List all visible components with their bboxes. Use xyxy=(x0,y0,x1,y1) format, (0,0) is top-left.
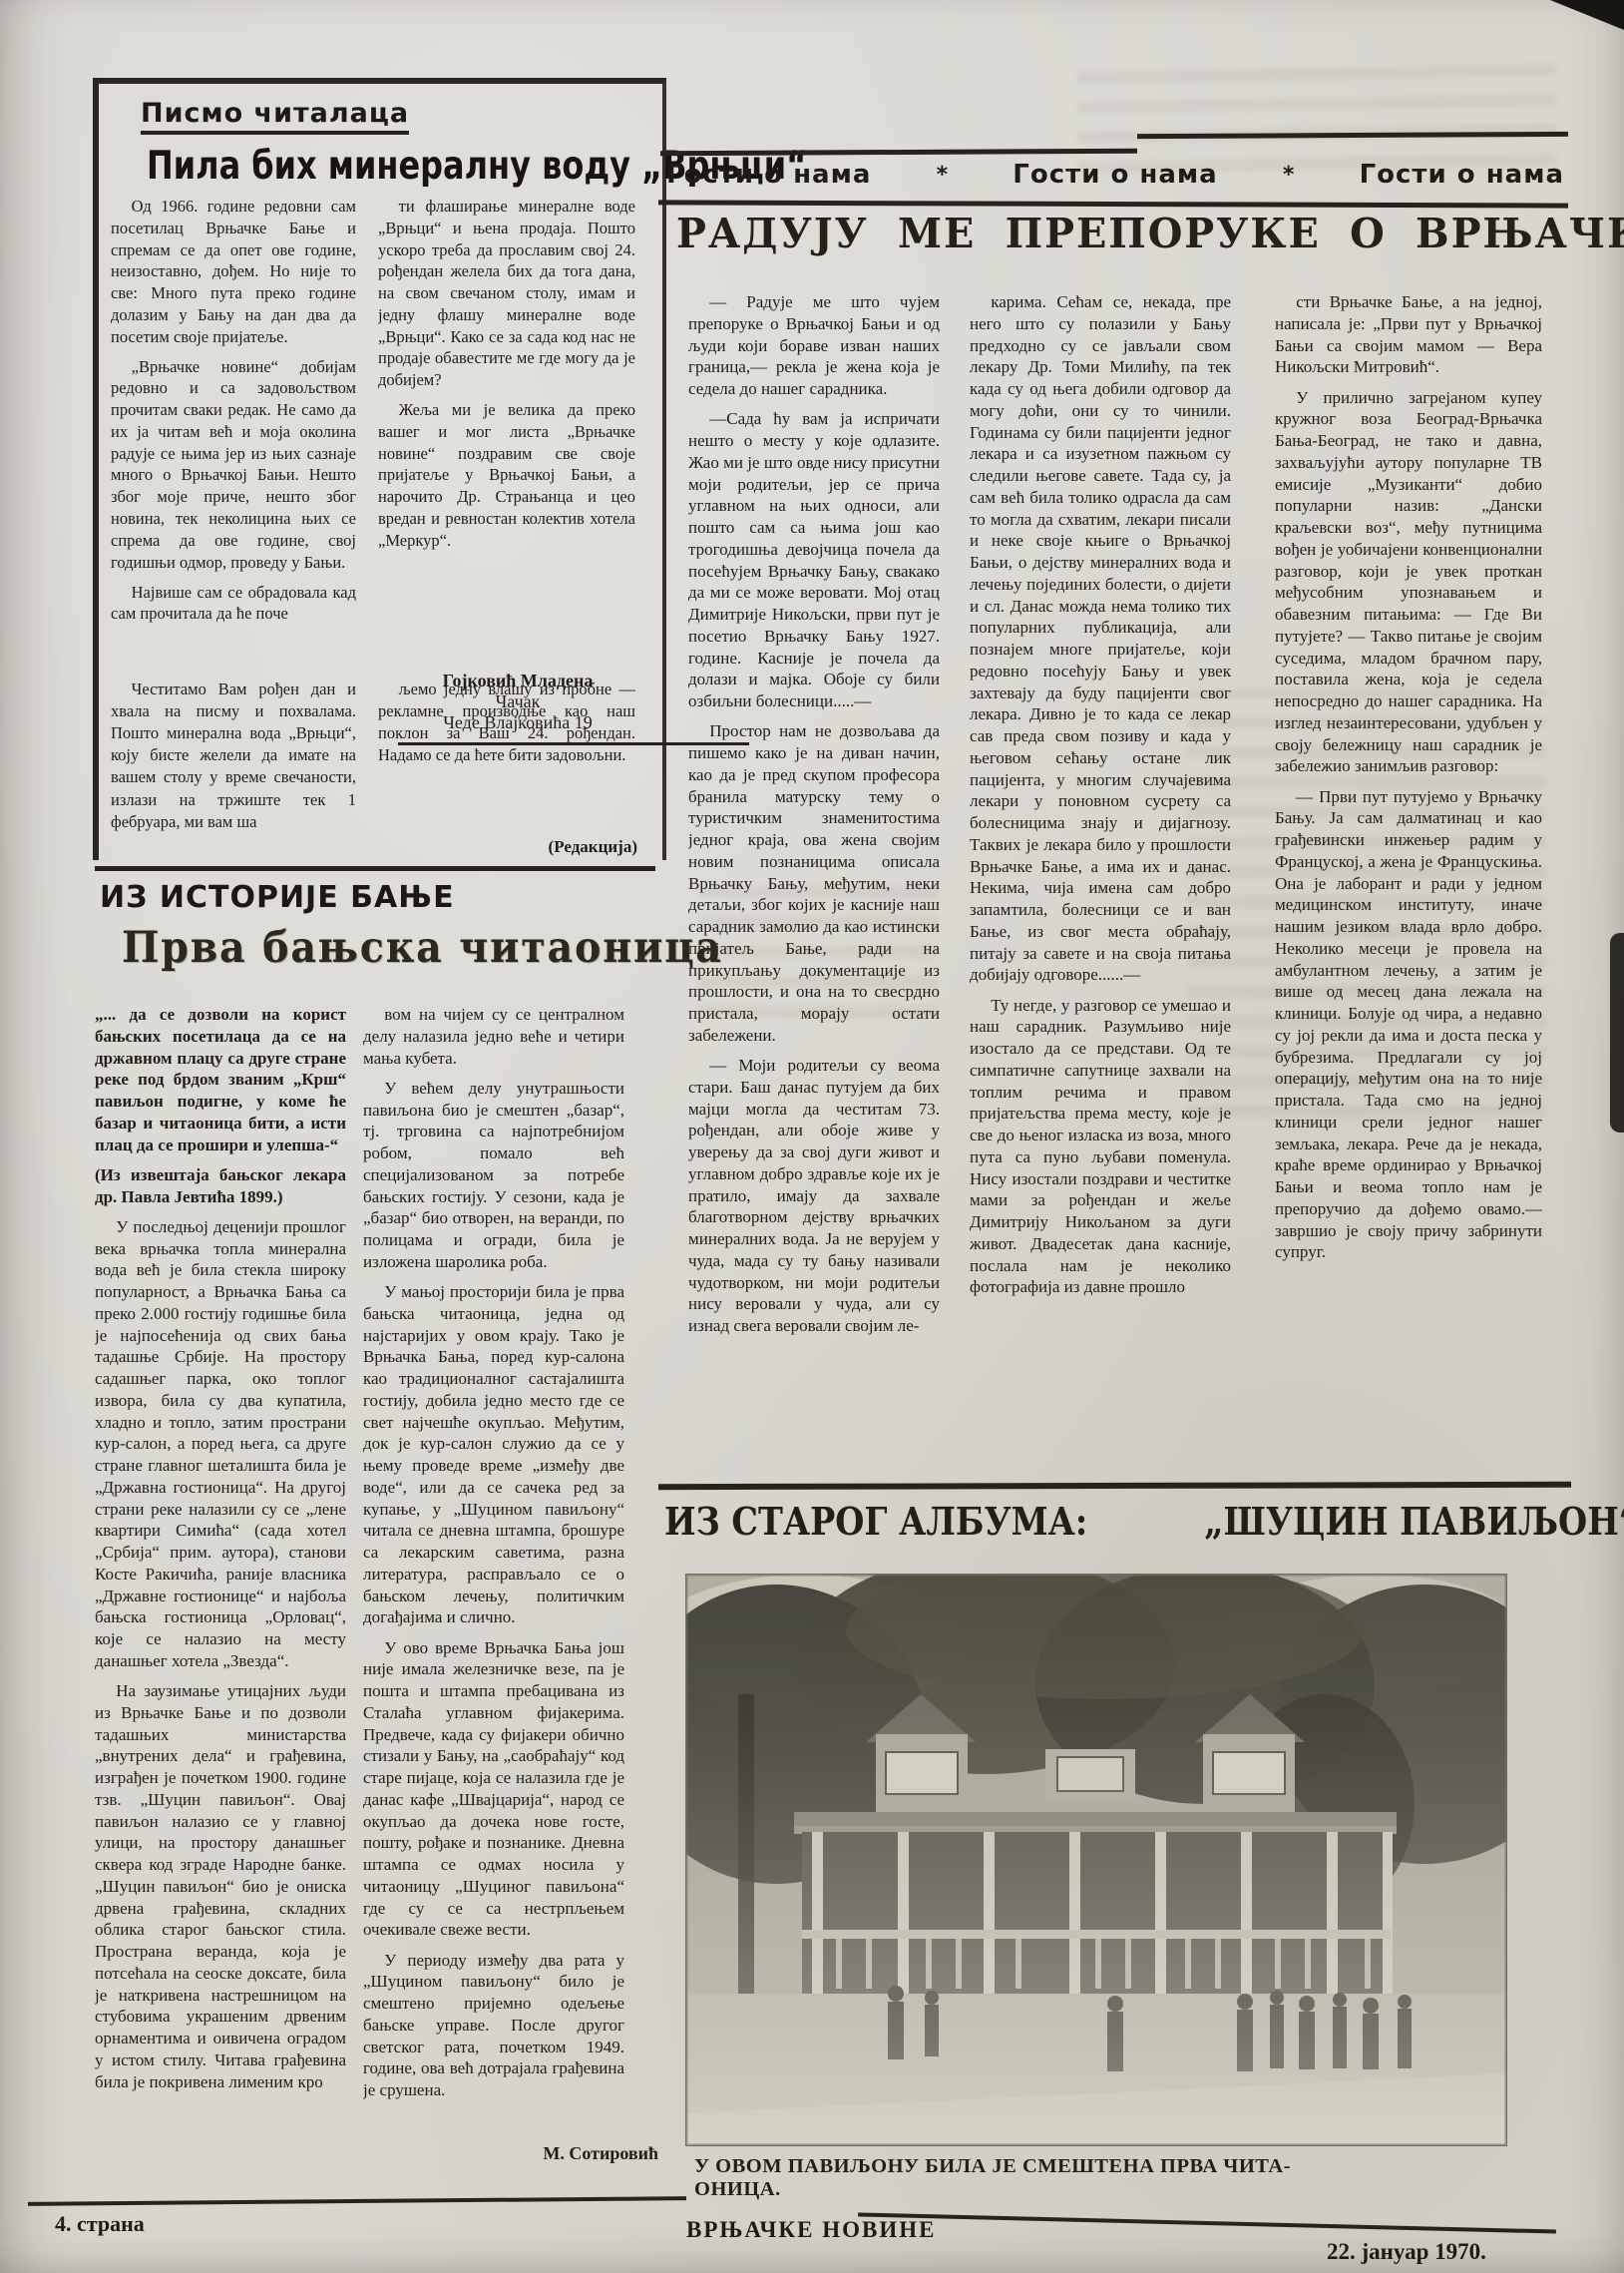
editor-reply-column-2: љемо једну влашу из пробне — рекламне пр… xyxy=(378,679,635,828)
album-headline: ИЗ СТАРОГ АЛБУМА: „ШУЦИН ПАВИЉОН“ xyxy=(664,1499,1567,1544)
section-kicker: Писмо читалаца xyxy=(141,98,409,135)
pavilion-photo xyxy=(686,1575,1506,2145)
guests-article-column-1: — Радује ме што чујем препоруке о Врњачк… xyxy=(688,291,940,1477)
banner-rule-bottom xyxy=(658,200,1568,208)
footer-rule-right xyxy=(858,2212,1556,2233)
album-headline-right: „ШУЦИН ПАВИЉОН“ xyxy=(1204,1499,1624,1544)
banner-label: Гости о нама xyxy=(1013,160,1217,190)
banner-star-icon: * xyxy=(937,163,949,188)
history-rule-top xyxy=(95,866,655,871)
history-quote: „... да се дозволи на корист бањских пос… xyxy=(95,1004,346,1207)
footer-date: 22. јануар 1970. xyxy=(1327,2239,1486,2265)
guests-article-column-3: сти Врњачке Бање, а на једној, написала … xyxy=(1275,291,1542,1477)
pavilion-photo-graphic xyxy=(686,1575,1506,2145)
scan-corner-mark xyxy=(1550,0,1624,30)
guests-banner: Гости о нама * Гости о нама * Гости о на… xyxy=(666,160,1564,190)
banner-star-icon: * xyxy=(1283,163,1295,188)
album-headline-left: ИЗ СТАРОГ АЛБУМА: xyxy=(664,1499,1087,1544)
history-article-title: Прва бањска читаоница xyxy=(122,923,723,973)
newspaper-page: Писмо читалаца Пила бих минералну воду „… xyxy=(0,0,1624,2273)
footer-paper-name: ВРЊАЧКЕ НОВИНЕ xyxy=(686,2217,936,2243)
scan-edge-blob xyxy=(1610,933,1624,1133)
letter-column-1: Од 1966. године редовни сам посетилац Вр… xyxy=(111,196,356,667)
history-kicker: ИЗ ИСТОРИЈЕ БАЊЕ xyxy=(100,880,455,915)
guests-article-column-2: карима. Сећам се, некада, пре него што с… xyxy=(970,291,1231,1477)
history-column-1: „... да се дозволи на корист бањских пос… xyxy=(95,1004,346,2189)
banner-label: Гости о нама xyxy=(666,160,871,190)
history-column-2: вом на чијем су се централном делу налаз… xyxy=(363,1004,624,2141)
bleedthrough-ghost xyxy=(1077,46,1556,174)
letter-column-2: ти флаширање минералне воде „Врњци“ и ње… xyxy=(378,196,635,667)
footer-page-number: 4. страна xyxy=(55,2211,145,2237)
history-column-1-body: У последњој деценији прошлог века врњачк… xyxy=(95,1216,346,2093)
footer-rule-left xyxy=(28,2196,686,2206)
editor-reply-column-1: Честитамо Вам рођен дан и хвала на писму… xyxy=(111,679,356,850)
history-signature: М. Сотировић xyxy=(469,2143,658,2164)
letters-to-editor-section: Писмо читалаца Пила бих минералну воду „… xyxy=(93,78,666,860)
album-rule-top xyxy=(658,1482,1571,1490)
banner-label: Гости о нама xyxy=(1360,160,1564,190)
photo-caption: У ОВОМ ПАВИЉОНУ БИЛА ЈЕ СМЕШТЕНА ПРВА ЧИ… xyxy=(694,2155,1373,2201)
editor-reply-signature: (Редакција) xyxy=(388,837,637,857)
guests-article-headline: РАДУЈУ МЕ ПРЕПОРУКЕ О ВРЊАЧКОЈ БАЊИ xyxy=(676,210,1542,257)
